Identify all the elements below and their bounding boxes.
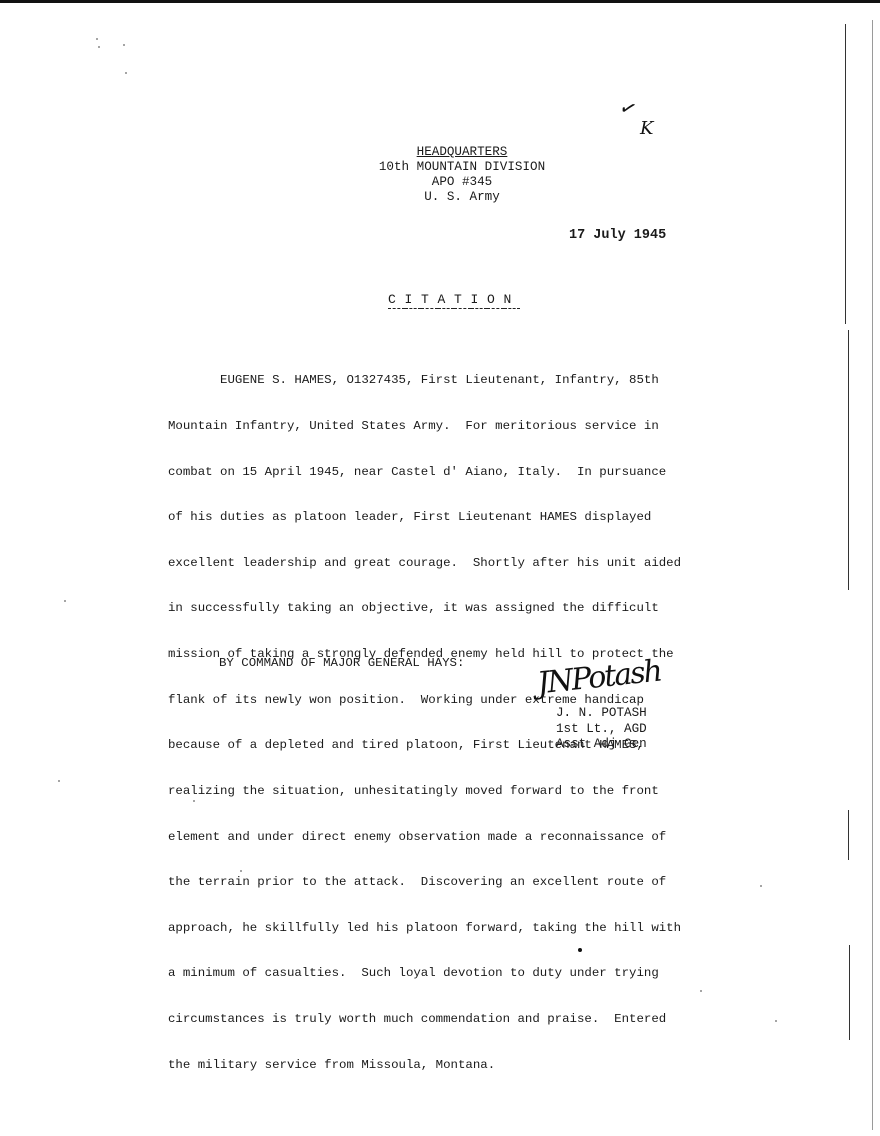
body-line: in successfully taking an objective, it … bbox=[168, 601, 728, 616]
scan-speck bbox=[98, 46, 100, 48]
title-letter: O bbox=[487, 292, 504, 309]
body-line: a minimum of casualties. Such loyal devo… bbox=[168, 966, 728, 981]
signatory-position: Asst Adj Gen bbox=[556, 737, 647, 753]
handwritten-initial: K bbox=[640, 118, 653, 139]
body-line: realizing the situation, unhesitatingly … bbox=[168, 784, 728, 799]
body-line: element and under direct enemy observati… bbox=[168, 830, 728, 845]
scan-speck bbox=[64, 600, 66, 602]
body-line: EUGENE S. HAMES, O1327435, First Lieuten… bbox=[168, 373, 728, 388]
signatory-rank: 1st Lt., AGD bbox=[556, 722, 647, 738]
signature-block: J. N. POTASH 1st Lt., AGD Asst Adj Gen bbox=[556, 706, 647, 753]
scan-speck bbox=[123, 44, 125, 46]
body-line: Mountain Infantry, United States Army. F… bbox=[168, 419, 728, 434]
letterhead-army: U. S. Army bbox=[352, 190, 572, 205]
scan-margin-line bbox=[872, 20, 873, 1130]
scan-top-edge bbox=[0, 0, 880, 3]
body-line: the military service from Missoula, Mont… bbox=[168, 1058, 728, 1073]
scan-speck bbox=[775, 1020, 777, 1022]
scan-speck bbox=[58, 780, 60, 782]
scan-margin-line bbox=[845, 24, 846, 324]
title-letter: T bbox=[421, 292, 438, 309]
letterhead-apo: APO #345 bbox=[352, 175, 572, 190]
body-line: the terrain prior to the attack. Discove… bbox=[168, 875, 728, 890]
check-mark-icon: ✓ bbox=[616, 94, 640, 122]
letterhead-headquarters: HEADQUARTERS bbox=[352, 145, 572, 160]
title-letter: A bbox=[438, 292, 455, 309]
command-line: BY COMMAND OF MAJOR GENERAL HAYS: bbox=[219, 656, 464, 670]
body-line: circumstances is truly worth much commen… bbox=[168, 1012, 728, 1027]
scan-speck bbox=[760, 885, 762, 887]
body-line: of his duties as platoon leader, First L… bbox=[168, 510, 728, 525]
document-date: 17 July 1945 bbox=[569, 228, 666, 243]
scan-speck bbox=[96, 38, 98, 40]
scan-speck bbox=[125, 72, 127, 74]
signatory-name: J. N. POTASH bbox=[556, 706, 647, 722]
body-line: combat on 15 April 1945, near Castel d' … bbox=[168, 465, 728, 480]
title-letter: I bbox=[471, 292, 488, 309]
scan-margin-line bbox=[848, 330, 849, 590]
title-letter: C bbox=[388, 292, 405, 309]
body-line: approach, he skillfully led his platoon … bbox=[168, 921, 728, 936]
title-letter: N bbox=[504, 292, 521, 309]
body-line: excellent leadership and great courage. … bbox=[168, 556, 728, 571]
scan-margin-line bbox=[849, 945, 850, 1040]
letterhead: HEADQUARTERS 10th MOUNTAIN DIVISION APO … bbox=[352, 145, 572, 205]
title-letter: T bbox=[454, 292, 471, 309]
citation-title: CITATION bbox=[388, 292, 520, 309]
scan-margin-line bbox=[848, 810, 849, 860]
title-letter: I bbox=[405, 292, 422, 309]
letterhead-division: 10th MOUNTAIN DIVISION bbox=[352, 160, 572, 175]
